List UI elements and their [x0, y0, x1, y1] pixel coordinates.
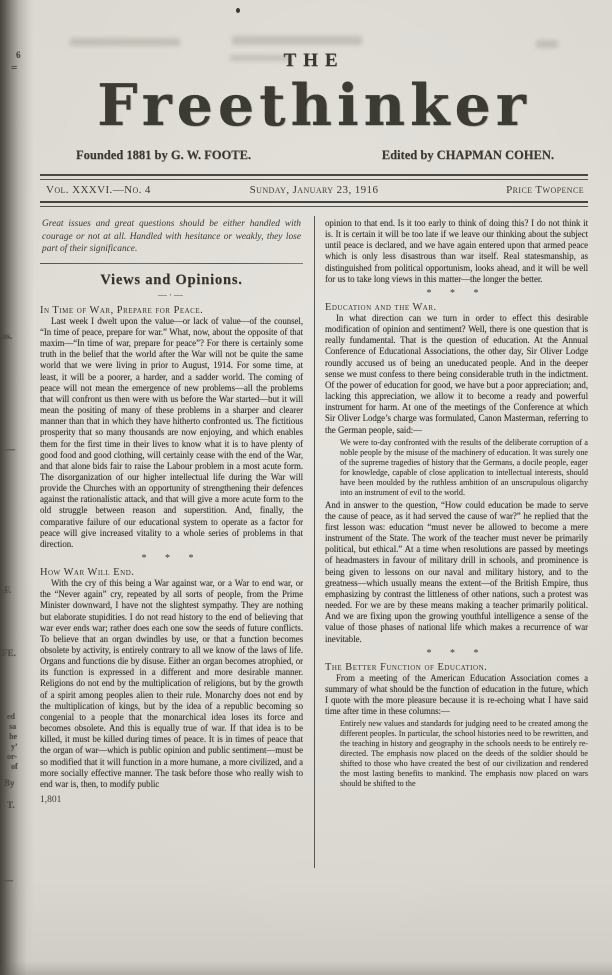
masthead-byline-row: Founded 1881 by G. W. FOOTE. Edited by C… — [40, 148, 588, 163]
volume-number: Vol. XXXVI.—No. 4 — [46, 184, 151, 196]
double-rule-bottom — [40, 201, 588, 207]
margin-fragment: os. — [2, 331, 12, 341]
margin-fragment: 6 — [16, 50, 21, 60]
margin-fragment: ed — [7, 712, 15, 721]
article-paragraph: With the cry of this being a War against… — [40, 578, 303, 790]
article-paragraph: Last week I dwelt upon the value—or lack… — [40, 316, 303, 550]
page-content: THE Freethinker Founded 1881 by G. W. FO… — [40, 0, 588, 805]
epigraph-rule — [40, 263, 303, 264]
subheading: Education and the War. — [325, 302, 588, 313]
article-paragraph: And in answer to the question, “How coul… — [325, 500, 588, 645]
blockquote: Entirely new values and standards for ju… — [340, 719, 588, 789]
margin-fragment: By — [4, 778, 15, 788]
asterisk-separator: * * * — [325, 288, 588, 300]
subheading: In Time of War, Prepare for Peace. — [40, 305, 303, 316]
margin-fragment: of — [11, 762, 18, 771]
issue-date: Sunday, January 23, 1916 — [250, 184, 379, 196]
margin-fragment: — — [4, 875, 13, 885]
article-paragraph: From a meeting of the American Education… — [325, 673, 588, 718]
margin-fragment: y’ — [11, 742, 18, 751]
right-column: opinion to that end. Is it too early to … — [314, 214, 588, 805]
margin-fragment: he — [9, 732, 17, 741]
article-paragraph: opinion to that end. Is it too early to … — [325, 214, 588, 285]
epigraph: Great issues and great questions should … — [40, 214, 303, 258]
page-edge-shadow — [0, 961, 612, 975]
masthead-kicker: THE — [40, 50, 588, 72]
founded-byline: Founded 1881 by G. W. FOOTE. — [76, 148, 251, 163]
margin-fragment: .F. — [2, 585, 11, 595]
issue-price: Price Twopence — [506, 184, 584, 196]
heading-ornament: —·— — [40, 290, 303, 300]
masthead-title: Freethinker — [40, 77, 588, 135]
margin-fragment: — — [6, 444, 15, 454]
book-gutter-shadow — [0, 0, 34, 975]
blockquote: We were to-day confronted with the resul… — [340, 438, 588, 498]
article-paragraph: In what direction can we turn in order t… — [325, 313, 588, 436]
article-columns: Great issues and great questions should … — [40, 214, 588, 805]
asterisk-separator: * * * — [325, 648, 588, 660]
column-divider-rule — [314, 216, 315, 868]
margin-fragment: T. — [7, 800, 15, 810]
footline-number: 1,801 — [40, 795, 303, 805]
edited-byline: Edited by CHAPMAN COHEN. — [382, 148, 554, 163]
margin-fragment: or- — [7, 752, 17, 761]
asterisk-separator: * * * — [40, 553, 303, 565]
margin-fragment: FE. — [2, 648, 16, 658]
subheading: The Better Function of Education. — [325, 662, 588, 673]
subheading: How War Will End. — [40, 567, 303, 578]
left-column: Great issues and great questions should … — [40, 214, 314, 805]
newspaper-page: 6 = os. — .F. FE. ed sa he y’ or- of By … — [0, 0, 612, 975]
issue-info-row: Vol. XXXVI.—No. 4 Sunday, January 23, 19… — [40, 180, 588, 199]
margin-fragment: = — [11, 62, 17, 74]
margin-fragment: sa — [9, 722, 16, 731]
section-title: Views and Opinions. — [40, 272, 303, 289]
